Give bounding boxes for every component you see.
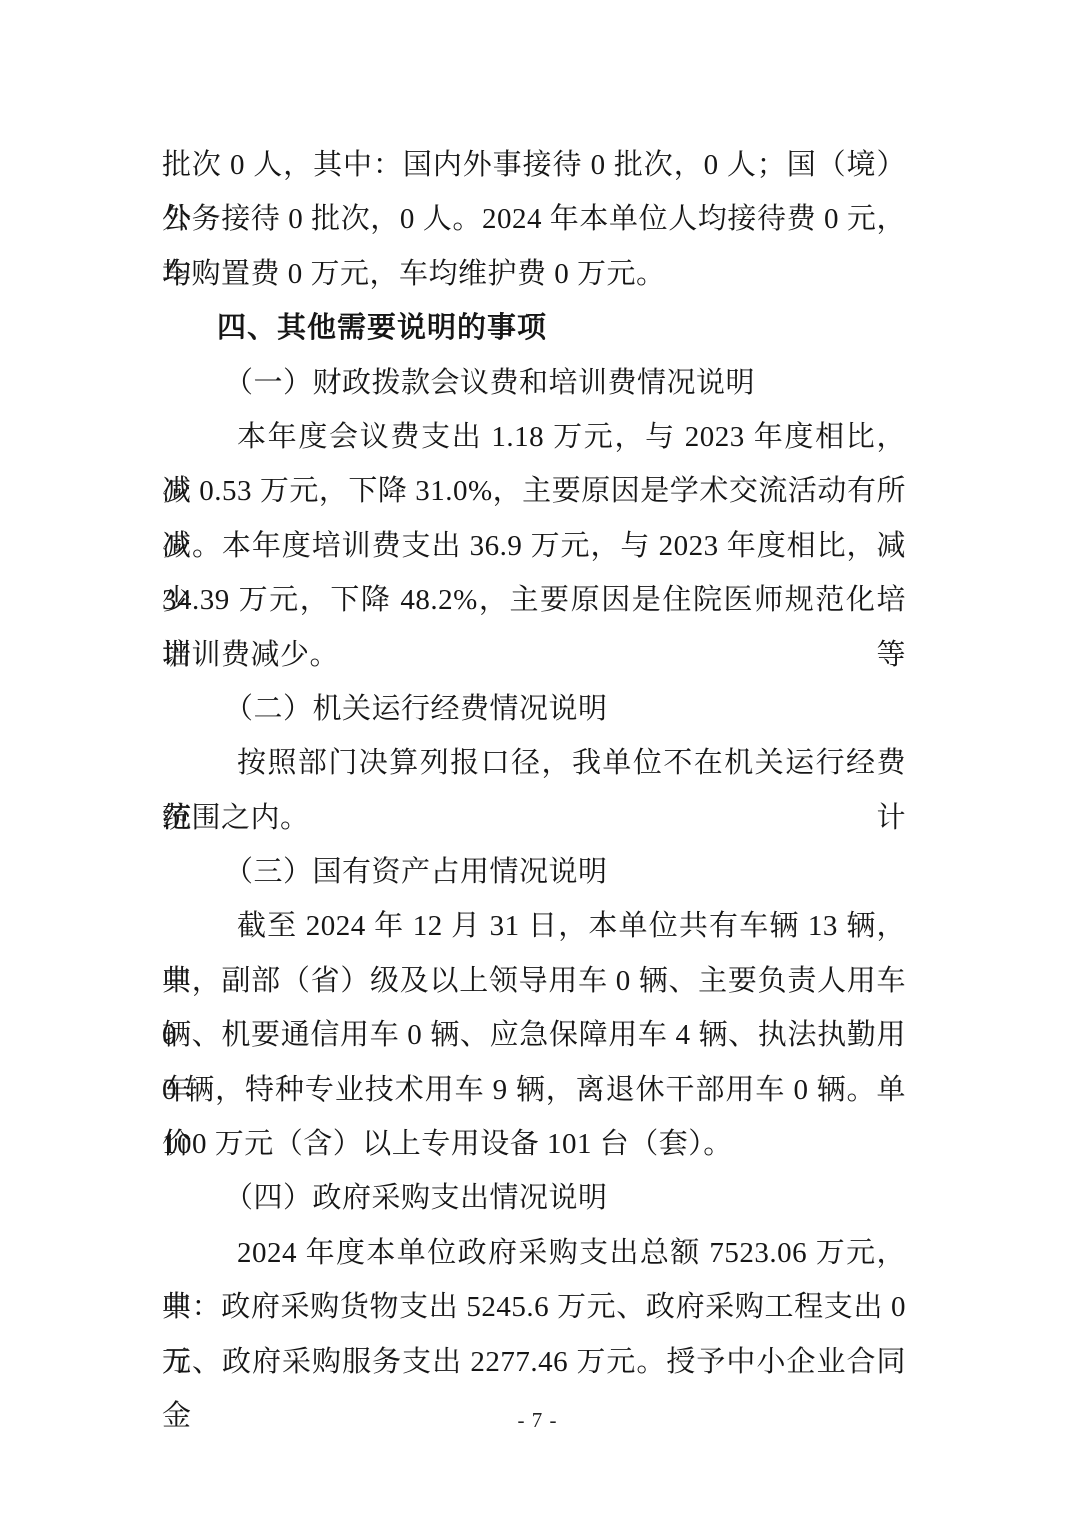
text-line: 均购置费 0 万元，车均维护费 0 万元。	[162, 247, 906, 301]
text-line: 中，副部（省）级及以上领导用车 0 辆、主要负责人用车 0	[162, 954, 906, 1008]
section-heading: （一）财政拨款会议费和培训费情况说明	[162, 356, 906, 410]
text-line: 0 辆，特种专业技术用车 9 辆，离退休干部用车 0 辆。单价	[162, 1063, 906, 1117]
section-heading: （三）国有资产占用情况说明	[162, 845, 906, 899]
text-line: 2024 年度本单位政府采购支出总额 7523.06 万元，其	[162, 1226, 906, 1280]
text-line: 辆、机要通信用车 0 辆、应急保障用车 4 辆、执法执勤用车	[162, 1008, 906, 1062]
text-line: 34.39 万元，下降 48.2%，主要原因是住院医师规范化培训等	[162, 573, 906, 627]
text-line: 少 0.53 万元，下降 31.0%，主要原因是学术交流活动有所减	[162, 464, 906, 518]
text-line: 元、政府采购服务支出 2277.46 万元。授予中小企业合同金	[162, 1335, 906, 1389]
text-line: 100 万元（含）以上专用设备 101 台（套）。	[162, 1117, 906, 1171]
text-line: 按照部门决算列报口径，我单位不在机关运行经费统计	[162, 736, 906, 790]
section-heading: （二）机关运行经费情况说明	[162, 682, 906, 736]
document-body: 批次 0 人，其中：国内外事接待 0 批次，0 人；国（境）外公务接待 0 批次…	[162, 138, 906, 1389]
text-line: 公务接待 0 批次，0 人。2024 年本单位人均接待费 0 元，车	[162, 192, 906, 246]
text-line: 本年度会议费支出 1.18 万元，与 2023 年度相比，减	[162, 410, 906, 464]
text-line: 批次 0 人，其中：国内外事接待 0 批次，0 人；国（境）外	[162, 138, 906, 192]
text-line: 中：政府采购货物支出 5245.6 万元、政府采购工程支出 0 万	[162, 1280, 906, 1334]
section-heading: （四）政府采购支出情况说明	[162, 1171, 906, 1225]
text-line: 少。本年度培训费支出 36.9 万元，与 2023 年度相比，减少	[162, 519, 906, 573]
text-line: 截至 2024 年 12 月 31 日，本单位共有车辆 13 辆，其	[162, 899, 906, 953]
page-number: - 7 -	[0, 1398, 1075, 1442]
document-page: 批次 0 人，其中：国内外事接待 0 批次，0 人；国（境）外公务接待 0 批次…	[0, 0, 1075, 1520]
section-heading: 四、其他需要说明的事项	[162, 301, 906, 355]
